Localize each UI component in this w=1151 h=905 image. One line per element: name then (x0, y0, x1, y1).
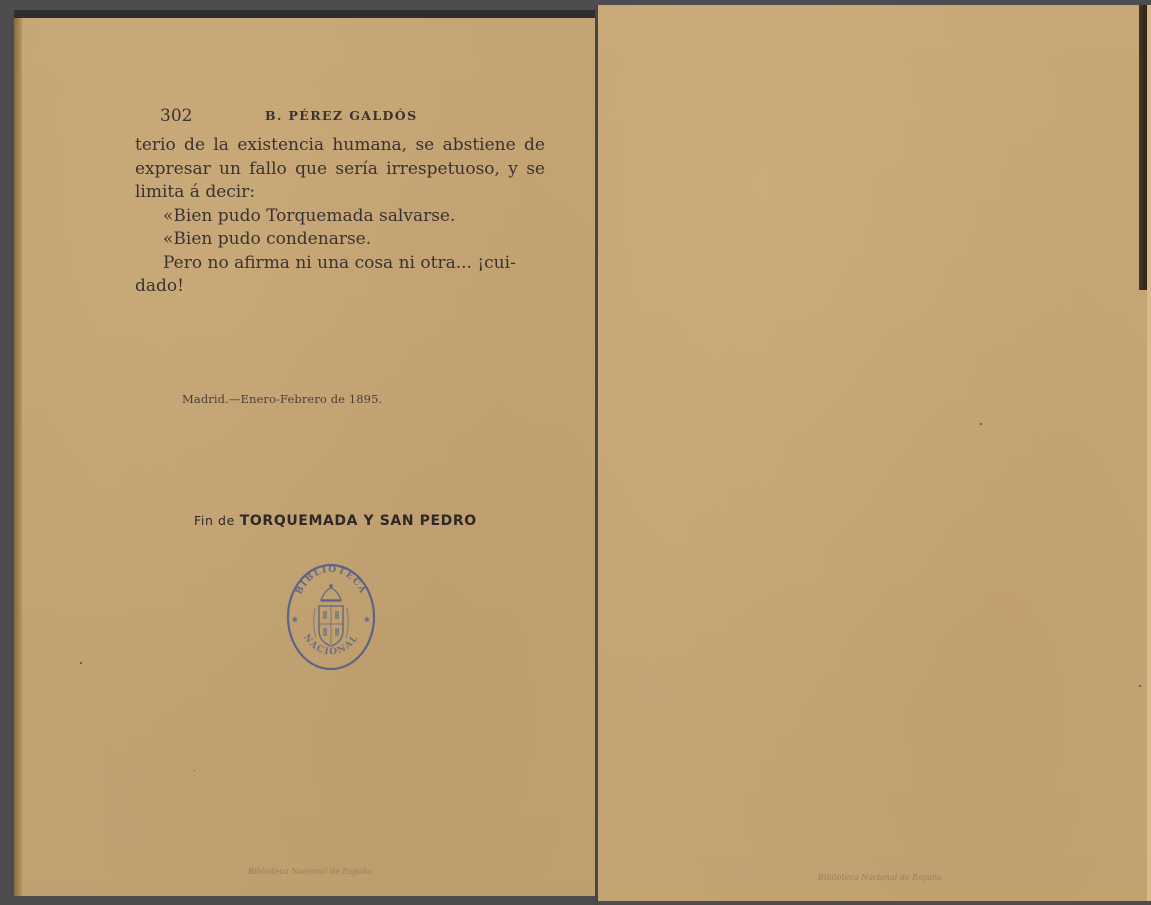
running-head: 302 B. PÉREZ GALDÓS (160, 106, 590, 130)
right-page: Biblioteca Nacional de España (598, 5, 1151, 901)
book-right-edge (1139, 5, 1147, 290)
svg-text:✱: ✱ (364, 616, 370, 624)
running-title: B. PÉREZ GALDÓS (265, 108, 418, 123)
library-stamp-icon: BIBLIOTECA NACIONAL ✱ ✱ (285, 562, 377, 672)
text-line: expresar un fallo que sería irrespetuoso… (135, 158, 545, 182)
end-note-title: TORQUEMADA Y SAN PEDRO (240, 513, 477, 529)
paper-speck (980, 423, 982, 425)
paper-speck (80, 662, 82, 664)
footer-credit: Biblioteca Nacional de España (248, 867, 372, 876)
text-line: «Bien pudo condenarse. (135, 228, 545, 252)
text-line: «Bien pudo Torquemada salvarse. (135, 205, 545, 229)
text-line: terio de la existencia humana, se abstie… (135, 134, 545, 158)
svg-text:BIBLIOTECA: BIBLIOTECA (294, 565, 367, 597)
document-viewer: 302 B. PÉREZ GALDÓS terio de la existenc… (0, 0, 1151, 905)
page-number: 302 (160, 106, 192, 126)
footer-credit: Biblioteca Nacional de España (818, 873, 942, 882)
end-note-prefix: Fin de (194, 513, 235, 528)
book-right-strip (1147, 5, 1151, 901)
left-page: 302 B. PÉREZ GALDÓS terio de la existenc… (14, 10, 596, 896)
text-line: dado! (135, 275, 545, 299)
book-left-edge (14, 18, 22, 896)
paper-speck (194, 770, 195, 771)
end-of-book-note: Fin de TORQUEMADA Y SAN PEDRO (194, 513, 477, 529)
text-line: Pero no afirma ni una cosa ni otra... ¡c… (135, 252, 545, 276)
signoff-date: Madrid.—Enero-Febrero de 1895. (182, 392, 382, 406)
text-line: limita á decir: (135, 181, 545, 205)
book-top-edge (14, 10, 596, 18)
svg-text:✱: ✱ (292, 616, 298, 624)
paper-speck (1139, 685, 1141, 687)
body-text[interactable]: terio de la existencia humana, se abstie… (135, 134, 545, 299)
